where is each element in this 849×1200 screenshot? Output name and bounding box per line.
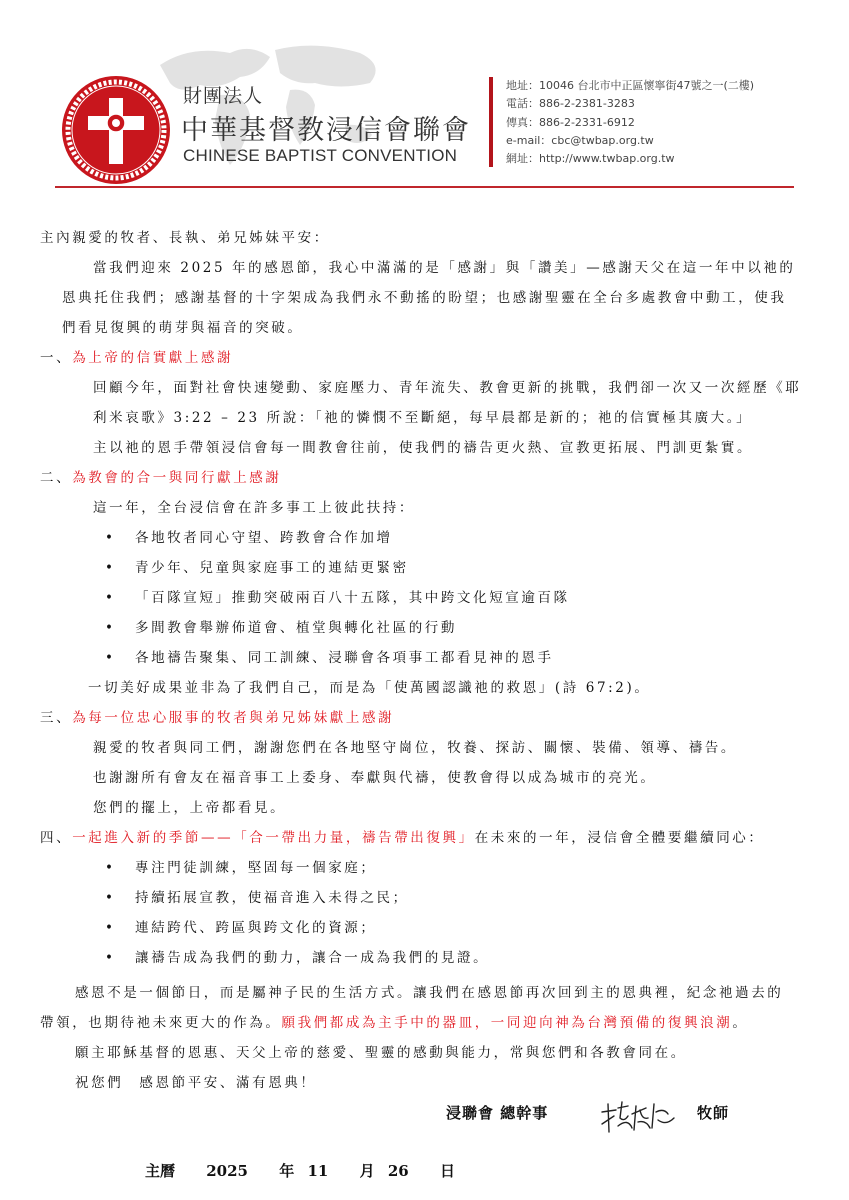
bullet-icon: • — [105, 913, 135, 943]
convention-logo-icon — [60, 74, 172, 186]
contact-address: 地址：10046 台北市中正區懷寧街47號之一(二樓) — [506, 77, 754, 95]
date-year: 2025 — [206, 1162, 248, 1180]
org-prefix: 財團法人 — [183, 81, 263, 108]
blessing: 願主耶穌基督的恩惠、天父上帝的慈愛、聖靈的感動與能力，常與您們和各教會同在。 — [75, 1038, 687, 1068]
org-name: 中華基督教浸信會聯會 — [181, 108, 471, 147]
section-4-title: 一起進入新的季節——「合一帶出力量，禱告帶出復興」 — [72, 830, 475, 846]
section-3-line-1: 親愛的牧者與同工們，謝謝您們在各地堅守崗位，牧養、探訪、關懷、裝備、領導、禱告。 — [93, 733, 737, 763]
contact-email[interactable]: e-mail：cbc@twbap.org.tw — [506, 132, 754, 150]
conclusion-line-1: 感恩不是一個節日，而是屬神子民的生活方式。讓我們在感恩節再次回到主的恩典裡，紀念… — [75, 978, 783, 1008]
list-item: •多間教會舉辦佈道會、植堂與轉化社區的行動 — [105, 613, 457, 643]
section-1-line-2: 利米哀歌》3:22 – 23 所說：「祂的憐憫不至斷絕，每早晨都是新的；祂的信實… — [93, 403, 752, 433]
date-month-unit: 月 — [360, 1162, 375, 1180]
list-item: •各地牧者同心守望、跨教會合作加增 — [105, 523, 393, 553]
section-3-line-2: 也謝謝所有會友在福音事工上委身、奉獻與代禱，使教會得以成為城市的亮光。 — [93, 763, 657, 793]
section-1-line-3: 主以祂的恩手帶領浸信會每一間教會往前，使我們的禱告更火熱、宣教更拓展、門訓更紮實… — [93, 433, 753, 463]
list-item: •各地禱告聚集、同工訓練、浸聯會各項事工都看見神的恩手 — [105, 643, 554, 673]
list-item: •持續拓展宣教，使福音進入未得之民； — [105, 883, 409, 913]
section-1-line-1: 回顧今年，面對社會快速變動、家庭壓力、青年流失、教會更新的挑戰，我們卻一次又一次… — [93, 373, 801, 403]
intro-line-2: 恩典托住我們；感謝基督的十字架成為我們永不動搖的盼望；也感謝聖靈在全台多處教會中… — [62, 283, 787, 313]
section-4-title-tail: 在未來的一年，浸信會全體要繼續同心： — [475, 830, 765, 846]
section-1-heading: 一、為上帝的信實獻上感謝 — [40, 343, 233, 373]
conclusion-line-2: 帶領，也期待祂未來更大的作為。願我們都成為主手中的器皿，一同迎向神為台灣預備的復… — [40, 1008, 748, 1038]
bullet-icon: • — [105, 583, 135, 613]
conclusion-highlight: 願我們都成為主手中的器皿，一同迎向神為台灣預備的復興浪潮 — [282, 1015, 733, 1031]
section-1-title: 為上帝的信實獻上感謝 — [72, 350, 233, 366]
section-2-number: 二、 — [40, 470, 72, 486]
intro-line-3: 們看見復興的萌芽與福音的突破。 — [62, 313, 304, 343]
contact-divider — [489, 77, 493, 167]
contact-fax: 傳真：886-2-2331-6912 — [506, 114, 754, 132]
bullet-icon: • — [105, 883, 135, 913]
letterhead: 財團法人 中華基督教浸信會聯會 CHINESE BAPTIST CONVENTI… — [0, 0, 849, 200]
list-item: •連結跨代、跨區與跨文化的資源； — [105, 913, 377, 943]
list-item: •「百隊宣短」推動突破兩百八十五隊，其中跨文化短宣逾百隊 — [105, 583, 570, 613]
signoff-org: 浸聯會 — [446, 1104, 494, 1122]
signoff-honorific: 牧師 — [697, 1102, 729, 1123]
bullet-icon: • — [105, 523, 135, 553]
contact-info: 地址：10046 台北市中正區懷寧街47號之一(二樓) 電話：886-2-238… — [506, 77, 754, 168]
section-3-line-3: 您們的擺上，上帝都看見。 — [93, 793, 286, 823]
handwritten-signature-icon — [598, 1098, 678, 1138]
section-4-heading: 四、一起進入新的季節——「合一帶出力量，禱告帶出復興」在未來的一年，浸信會全體要… — [40, 823, 765, 853]
date-year-unit: 年 — [279, 1162, 294, 1180]
section-2-title: 為教會的合一與同行獻上感謝 — [72, 470, 281, 486]
date-era: 主曆 — [145, 1162, 175, 1180]
section-4-number: 四、 — [40, 830, 72, 846]
bullet-icon: • — [105, 943, 135, 973]
contact-website[interactable]: 網址：http://www.twbap.org.tw — [506, 150, 754, 168]
org-name-english: CHINESE BAPTIST CONVENTION — [183, 146, 457, 166]
section-3-heading: 三、為每一位忠心服事的牧者與弟兄姊妹獻上感謝 — [40, 703, 394, 733]
letter-date: 主曆 2025 年 11 月 26 日 — [145, 1160, 481, 1181]
bullet-icon: • — [105, 553, 135, 583]
section-2-heading: 二、為教會的合一與同行獻上感謝 — [40, 463, 282, 493]
bullet-icon: • — [105, 853, 135, 883]
date-month: 11 — [307, 1162, 328, 1180]
section-3-number: 三、 — [40, 710, 72, 726]
date-day-unit: 日 — [440, 1162, 455, 1180]
bullet-icon: • — [105, 643, 135, 673]
section-2-lead: 這一年，全台浸信會在許多事工上彼此扶持： — [93, 493, 415, 523]
list-item: •專注門徒訓練，堅固每一個家庭； — [105, 853, 377, 883]
bullet-icon: • — [105, 613, 135, 643]
section-1-number: 一、 — [40, 350, 72, 366]
list-item: •讓禱告成為我們的動力，讓合一成為我們的見證。 — [105, 943, 489, 973]
list-item: •青少年、兒童與家庭事工的連結更緊密 — [105, 553, 409, 583]
contact-phone: 電話：886-2-2381-3283 — [506, 95, 754, 113]
greeting: 主內親愛的牧者、長執、弟兄姊妹平安： — [40, 223, 330, 253]
section-2-closing: 一切美好成果並非為了我們自己，而是為「使萬國認識祂的救恩」(詩 67:2)。 — [88, 673, 650, 703]
date-day: 26 — [388, 1162, 409, 1180]
signoff-title: 浸聯會 總幹事 — [446, 1102, 548, 1123]
closing-wish: 祝您們 感恩節平安、滿有恩典！ — [75, 1068, 317, 1098]
header-rule — [55, 186, 794, 188]
signoff-position: 總幹事 — [500, 1104, 548, 1122]
section-3-title: 為每一位忠心服事的牧者與弟兄姊妹獻上感謝 — [72, 710, 394, 726]
intro-line-1: 當我們迎來 2025 年的感恩節，我心中滿滿的是「感謝」與「讚美」—感謝天父在這… — [93, 253, 796, 283]
